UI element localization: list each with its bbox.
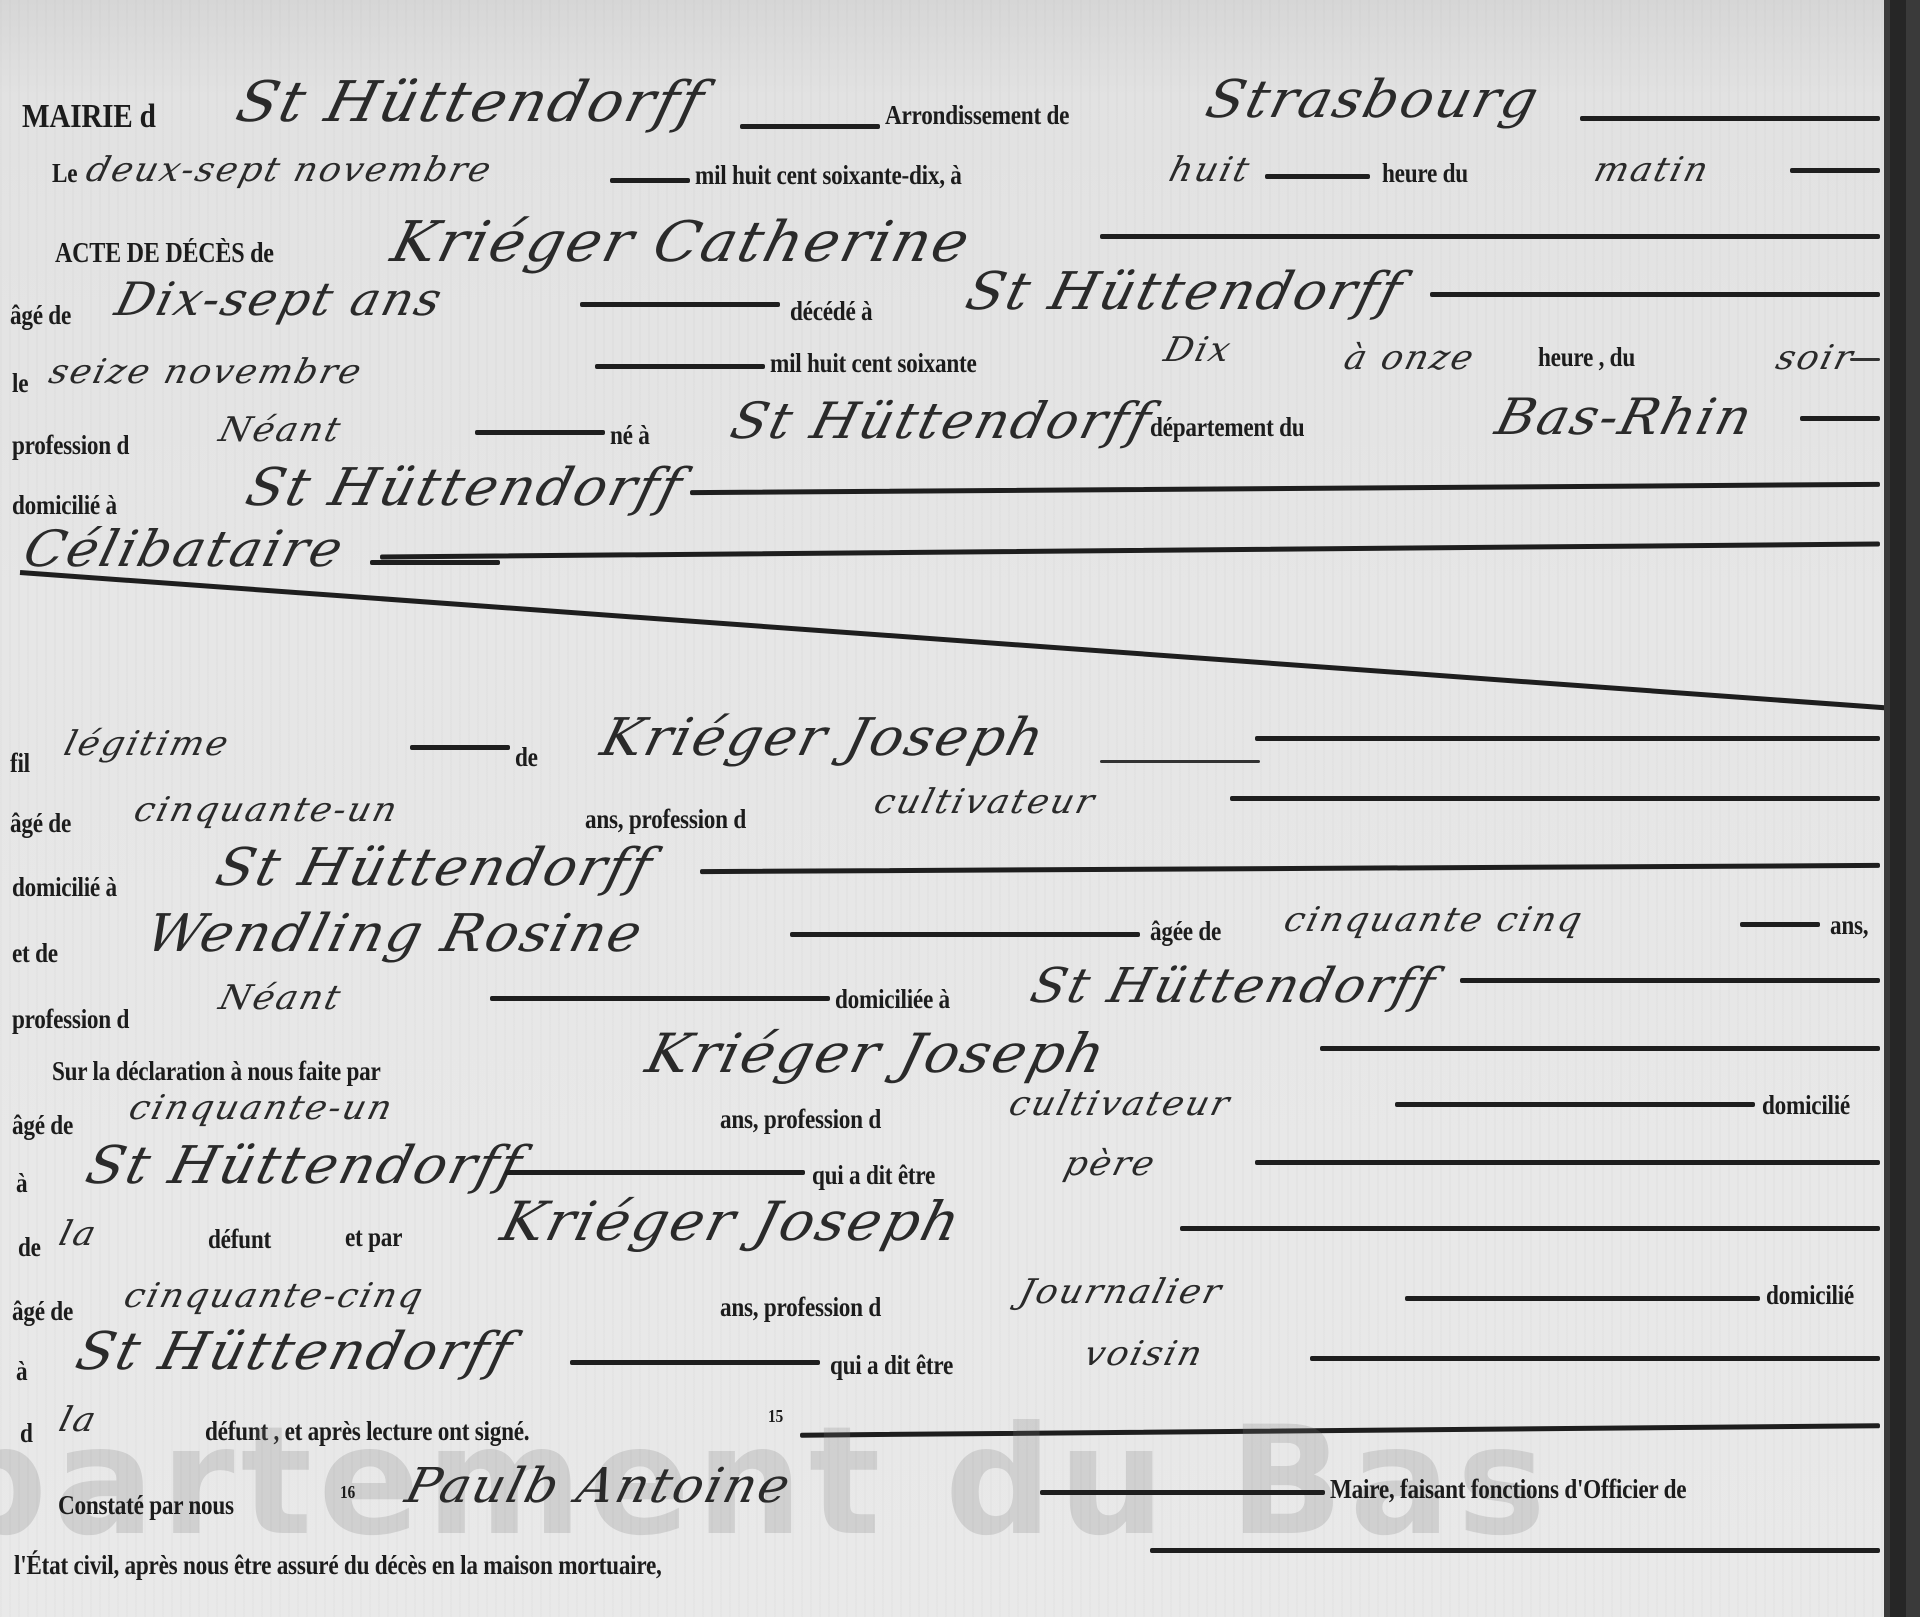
declarant1-defunt-value: la	[55, 1214, 102, 1254]
acte-label: ACTE DE DÉCÈS de	[55, 238, 274, 270]
declarant1-domicile-value: St Hüttendorff	[80, 1136, 530, 1196]
status-value: Célibataire	[18, 520, 351, 578]
rule	[1430, 292, 1880, 297]
decede-place: St Hüttendorff	[960, 262, 1410, 322]
declarant1-relation-label: qui a dit être	[812, 1160, 935, 1191]
date-prefix: Le	[52, 158, 77, 189]
deceased-name: Kriéger Catherine	[385, 210, 978, 275]
rule	[1405, 1296, 1760, 1301]
declarant1-et-par-label: et par	[345, 1222, 402, 1253]
rule	[1100, 234, 1880, 239]
death-period: soir	[1772, 338, 1859, 378]
hour-label: heure du	[1382, 158, 1468, 189]
departement-value: Bas-Rhin	[1490, 388, 1760, 446]
rule	[1100, 760, 1260, 763]
rule	[700, 863, 1880, 874]
maire-name: Paulb Antoine	[400, 1458, 798, 1514]
birth-place: St Hüttendorff	[725, 392, 1158, 450]
death-hour-value: à onze	[1340, 338, 1480, 378]
rule	[610, 178, 690, 183]
death-hour-label: heure , du	[1538, 342, 1635, 373]
rule	[580, 302, 780, 307]
mother-profession-label: profession d	[12, 1004, 129, 1035]
rule	[1800, 416, 1880, 421]
etat-civil-label: l'État civil, après nous être assuré du …	[14, 1550, 662, 1581]
departement-label: département du	[1150, 412, 1304, 443]
declarant2-profession-value: Journalier	[1015, 1272, 1227, 1312]
declarant1-age-label: âgé de	[12, 1110, 73, 1141]
rule	[490, 996, 830, 1001]
rule	[1230, 796, 1880, 801]
death-year-label: mil huit cent soixante	[770, 348, 977, 379]
declarant2-age-label: âgé de	[12, 1296, 73, 1327]
filiation-value: légitime	[60, 724, 234, 764]
mairie-value: St Hüttendorff	[230, 70, 712, 135]
declarant1-profession-value: cultivateur	[1005, 1084, 1235, 1124]
diagonal-cancel-line	[20, 570, 1895, 711]
date-value: deux-sept novembre	[82, 150, 497, 190]
hour-value: huit	[1165, 150, 1255, 190]
fils-label: fil	[10, 748, 30, 779]
arrondissement-label: Arrondissement de	[885, 100, 1069, 131]
declarant2-profession-label: ans, profession d	[720, 1292, 881, 1323]
rule	[790, 932, 1140, 937]
declarant2-domicile-label: domicilié	[1766, 1280, 1854, 1311]
declarant1-age-value: cinquante-un	[125, 1088, 398, 1128]
mother-profession-value: Néant	[215, 978, 346, 1018]
domicile-value: St Hüttendorff	[240, 458, 690, 518]
rule	[1395, 1102, 1755, 1107]
rule	[1320, 1046, 1880, 1051]
maire-label: Maire, faisant fonctions d'Officier de	[1330, 1474, 1686, 1505]
rule	[740, 124, 880, 129]
father-profession-label: ans, profession d	[585, 804, 746, 835]
le-label: le	[12, 368, 28, 399]
declarant2-age-value: cinquante-cinq	[120, 1276, 429, 1316]
arrondissement-value: Strasbourg	[1200, 70, 1546, 130]
declarant1-domicile-label: domicilié	[1762, 1090, 1850, 1121]
father-profession-value: cultivateur	[870, 782, 1100, 822]
father-age-value: cinquante-un	[130, 790, 403, 830]
declarant2-name: Kriéger Joseph	[495, 1190, 969, 1253]
mother-age-value: cinquante cinq	[1280, 900, 1588, 940]
declarant2-a-label: à	[16, 1356, 27, 1387]
father-domicile-label: domicilié à	[12, 872, 117, 903]
rule	[1460, 978, 1880, 983]
ne-label: né à	[610, 420, 650, 451]
et-de-label: et de	[12, 938, 58, 969]
domicile-label: domicilié à	[12, 490, 117, 521]
father-age-label: âgé de	[10, 808, 71, 839]
declarant1-name: Kriéger Joseph	[640, 1022, 1114, 1085]
rule	[1310, 1356, 1880, 1361]
mother-name: Wendling Rosine	[140, 904, 650, 964]
date-year-label: mil huit cent soixante-dix, à	[695, 160, 962, 191]
rule	[1255, 736, 1880, 741]
mother-domicile-value: St Hüttendorff	[1025, 958, 1442, 1014]
rule	[690, 482, 1880, 495]
declaration-intro-label: Sur la déclaration à nous faite par	[52, 1056, 381, 1087]
rule	[505, 1170, 805, 1175]
declarant1-defunt-label: défunt	[208, 1224, 271, 1255]
rule	[1265, 174, 1370, 179]
declarant1-profession-label: ans, profession d	[720, 1104, 881, 1135]
age-value: Dix-sept ans	[110, 272, 449, 326]
death-certificate-page: MAIRIE d St Hüttendorff Arrondissement d…	[0, 0, 1884, 1617]
declarant1-a-label: à	[16, 1168, 27, 1199]
declarant1-relation-value: père	[1060, 1144, 1161, 1184]
rule	[1740, 922, 1820, 927]
de-label: de	[515, 742, 538, 773]
profession-value: Néant	[215, 410, 346, 450]
father-domicile-value: St Hüttendorff	[210, 838, 660, 898]
mother-age-label: âgée de	[1150, 916, 1221, 947]
father-name: Kriéger Joseph	[595, 708, 1052, 768]
constate-sup: 16	[340, 1482, 355, 1503]
constate-label: Constaté par nous	[58, 1490, 234, 1521]
declarant2-relation-value: voisin	[1080, 1334, 1208, 1374]
mother-domicile-label: domiciliée à	[835, 984, 950, 1015]
mairie-label: MAIRIE d	[22, 98, 156, 136]
rule	[380, 541, 1880, 559]
declarant2-domicile-value: St Hüttendorff	[70, 1322, 520, 1382]
rule	[1150, 1548, 1880, 1553]
rule	[1790, 168, 1880, 173]
death-year-value: Dix	[1160, 330, 1236, 370]
declarant1-defunt-prefix: de	[18, 1232, 41, 1263]
rule	[1255, 1160, 1880, 1165]
age-label: âgé de	[10, 300, 71, 331]
rule	[1850, 358, 1880, 361]
rule	[475, 430, 605, 435]
rule	[595, 364, 765, 369]
period-value: matin	[1590, 150, 1714, 190]
scan-edge-shadow	[1890, 0, 1906, 1617]
profession-label: profession d	[12, 430, 129, 461]
mother-ans-label: ans,	[1830, 910, 1868, 941]
rule	[570, 1360, 820, 1365]
rule	[1040, 1490, 1325, 1495]
death-date: seize novembre	[45, 352, 367, 392]
rule	[1580, 116, 1880, 121]
rule	[1180, 1226, 1880, 1231]
rule	[410, 745, 510, 750]
declarant2-relation-label: qui a dit être	[830, 1350, 953, 1381]
decede-label: décédé à	[790, 296, 872, 327]
rule	[370, 560, 500, 565]
